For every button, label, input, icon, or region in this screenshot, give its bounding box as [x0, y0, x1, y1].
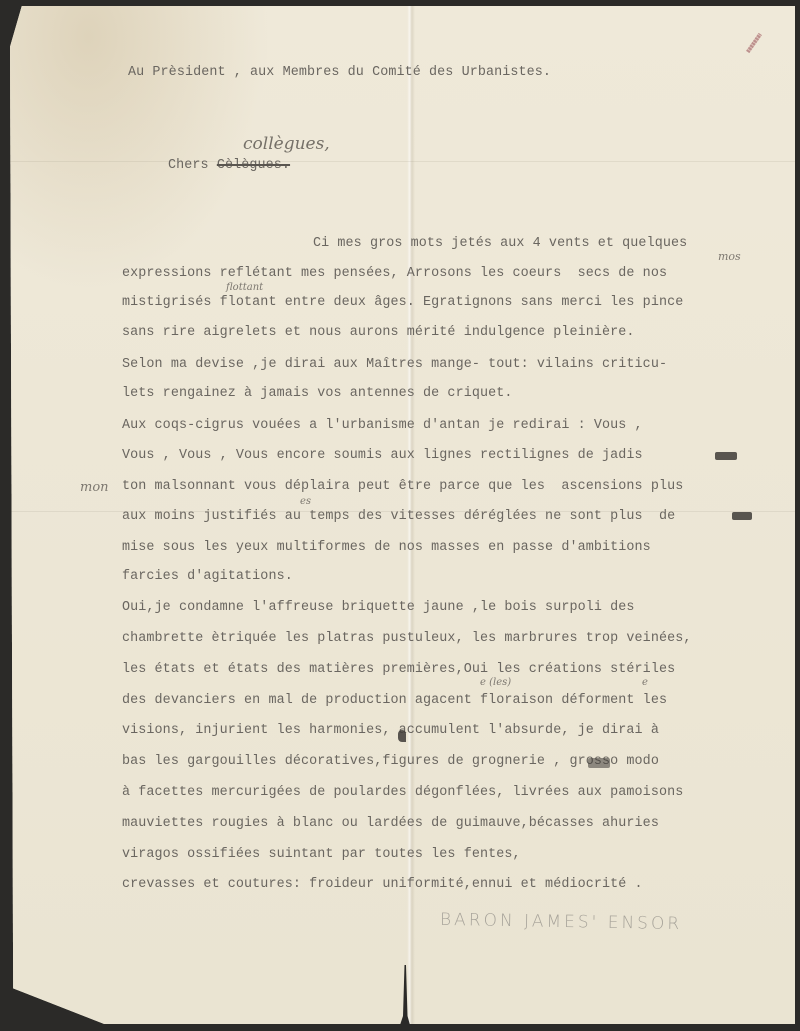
body-line: farcies d'agitations.	[122, 569, 293, 584]
annotation-mos: mos	[718, 250, 741, 263]
body-line: mistigrisés flotant entre deux âges. Egr…	[122, 295, 683, 310]
body-line: les états et états des matières première…	[122, 662, 675, 677]
recipient-line: Au Prèsident , aux Membres du Comité des…	[128, 65, 551, 80]
ink-blot	[732, 512, 752, 520]
body-line: des devanciers en mal de production agac…	[122, 693, 667, 708]
body-line: mauviettes rougies à blanc ou lardées de…	[122, 816, 659, 831]
paper-fold	[10, 161, 795, 162]
body-line: Oui,je condamne l'affreuse briquette jau…	[122, 600, 635, 615]
body-line: aux moins justifiés au temps des vitesse…	[122, 509, 675, 524]
annotation-margin-mon: mon	[80, 480, 109, 495]
greeting-struck-word: Cèlègues.	[217, 158, 290, 173]
body-line: lets rengainez à jamais vos antennes de …	[122, 386, 513, 401]
annotation-agacent: e (les)	[480, 677, 511, 688]
signature: BARON JAMES' ENSOR	[440, 910, 682, 934]
greeting-prefix: Chers	[168, 158, 209, 173]
body-line: Selon ma devise ,je dirai aux Maîtres ma…	[122, 357, 667, 372]
body-line: mise sous les yeux multiformes de nos ma…	[122, 540, 651, 555]
ink-blot	[715, 452, 737, 460]
annotation-deforment: e	[642, 677, 648, 688]
body-line: Vous , Vous , Vous encore soumis aux lig…	[122, 448, 643, 463]
body-line: Ci mes gros mots jetés aux 4 vents et qu…	[313, 236, 687, 251]
greeting-correction: collègues,	[243, 134, 330, 154]
body-line: sans rire aigrelets et nous aurons mérit…	[122, 325, 635, 340]
ink-blot	[588, 758, 610, 768]
body-line: crevasses et coutures: froideur uniformi…	[122, 877, 643, 892]
body-line: à facettes mercurigées de poulardes dégo…	[122, 785, 683, 800]
annotation-es: es	[300, 496, 311, 507]
body-line: expressions reflétant mes pensées, Arros…	[122, 266, 667, 281]
ink-blot	[398, 730, 406, 742]
greeting: Chers Cèlègues.	[168, 158, 290, 173]
body-line: Aux coqs-cigrus vouées a l'urbanisme d'a…	[122, 418, 643, 433]
annotation-flottant: flottant	[226, 282, 263, 293]
body-line: viragos ossifiées suintant par toutes le…	[122, 847, 521, 862]
body-line: ton malsonnant vous déplaira peut être p…	[122, 479, 683, 494]
body-line: chambrette ètriquée les platras pustuleu…	[122, 631, 692, 646]
body-line: bas les gargouilles décoratives,figures …	[122, 754, 659, 769]
body-line: visions, injurient les harmonies, accumu…	[122, 723, 659, 738]
